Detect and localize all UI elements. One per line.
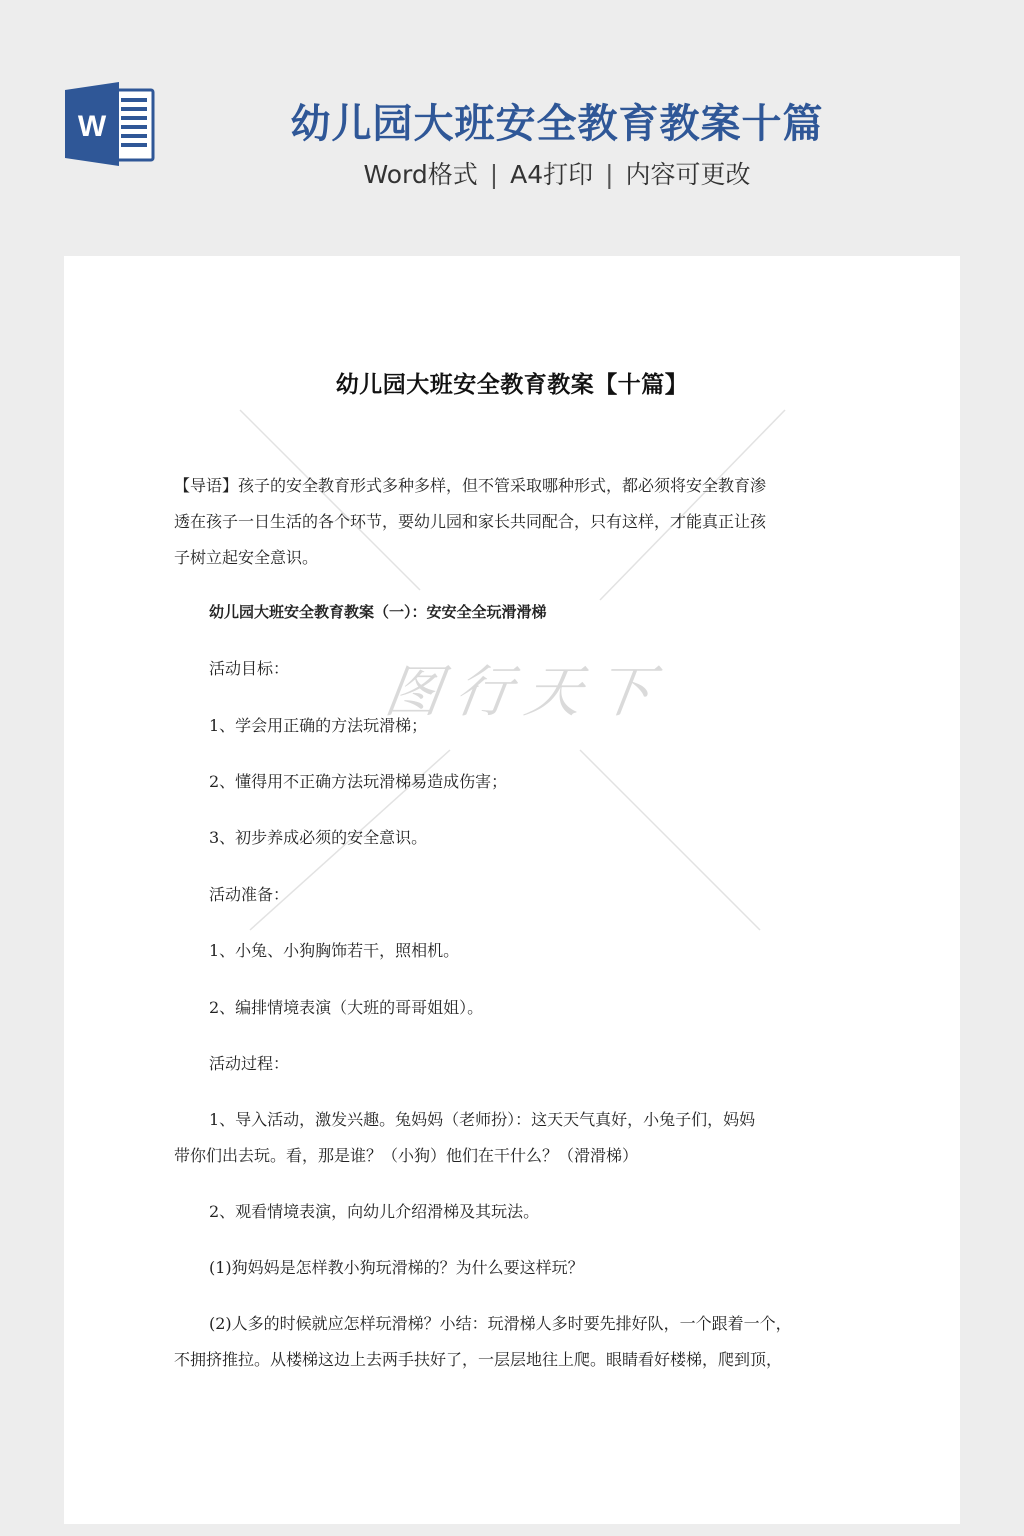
svg-text:W: W — [78, 110, 107, 143]
process-step-1: 1、导入活动，激发兴趣。兔妈妈（老师扮）：这天天气真好，小兔子们，妈妈 带你们出… — [174, 1102, 864, 1174]
separator: | — [601, 160, 617, 189]
process-question-1: (1)狗妈妈是怎样教小狗玩滑梯的？为什么要这样玩？ — [209, 1250, 899, 1286]
process-question-2: (2)人多的时候就应怎样玩滑梯？小结：玩滑梯人多时要先排好队，一个跟着一个， 不… — [174, 1306, 864, 1378]
editable-label: 内容可更改 — [625, 160, 750, 189]
goal-item: 1、学会用正确的方法玩滑梯； — [209, 708, 899, 744]
process-label: 活动过程： — [209, 1046, 899, 1082]
process-step-2: 2、观看情境表演，向幼儿介绍滑梯及其玩法。 — [209, 1194, 899, 1230]
intro-line: 【导语】孩子的安全教育形式多种多样，但不管采取哪种形式，都必须将安全教育渗 — [174, 468, 864, 504]
goal-item: 3、初步养成必须的安全意识。 — [209, 820, 899, 856]
word-document-icon: W — [65, 82, 157, 166]
section-heading: 幼儿园大班安全教育教案（一）：安安全全玩滑滑梯 — [209, 594, 899, 630]
print-label: A4打印 — [510, 160, 593, 189]
separator: | — [486, 160, 502, 189]
prep-label: 活动准备： — [209, 877, 899, 913]
process-line: (2)人多的时候就应怎样玩滑梯？小结：玩滑梯人多时要先排好队，一个跟着一个， — [174, 1306, 864, 1342]
intro-line: 子树立起安全意识。 — [174, 540, 864, 576]
goal-item: 2、懂得用不正确方法玩滑梯易造成伤害； — [209, 764, 899, 800]
process-line: 1、导入活动，激发兴趣。兔妈妈（老师扮）：这天天气真好，小兔子们，妈妈 — [174, 1102, 864, 1138]
intro-line: 透在孩子一日生活的各个环节，要幼儿园和家长共同配合，只有这样，才能真正让孩 — [174, 504, 864, 540]
prep-item: 1、小兔、小狗胸饰若干，照相机。 — [209, 933, 899, 969]
document-title: 幼儿园大班安全教育教案【十篇】 — [64, 366, 860, 399]
header: W 幼儿园大班安全教育教案十篇 Word格式 | A4打印 | 内容可更改 — [0, 0, 1024, 256]
document-page: 图行天下 幼儿园大班安全教育教案【十篇】 【导语】孩子的安全教育形式多种多样，但… — [64, 256, 960, 1524]
intro-paragraph: 【导语】孩子的安全教育形式多种多样，但不管采取哪种形式，都必须将安全教育渗 透在… — [174, 468, 864, 576]
header-title: 幼儿园大班安全教育教案十篇 — [200, 92, 914, 149]
process-line: 带你们出去玩。看，那是谁？（小狗）他们在干什么？（滑滑梯） — [174, 1138, 864, 1174]
header-subtitle: Word格式 | A4打印 | 内容可更改 — [200, 155, 914, 191]
goals-label: 活动目标： — [209, 651, 899, 687]
format-label: Word格式 — [364, 160, 478, 189]
process-line: 不拥挤推拉。从楼梯这边上去两手扶好了，一层层地往上爬。眼睛看好楼梯，爬到顶， — [174, 1342, 864, 1378]
prep-item: 2、编排情境表演（大班的哥哥姐姐）。 — [209, 990, 899, 1026]
